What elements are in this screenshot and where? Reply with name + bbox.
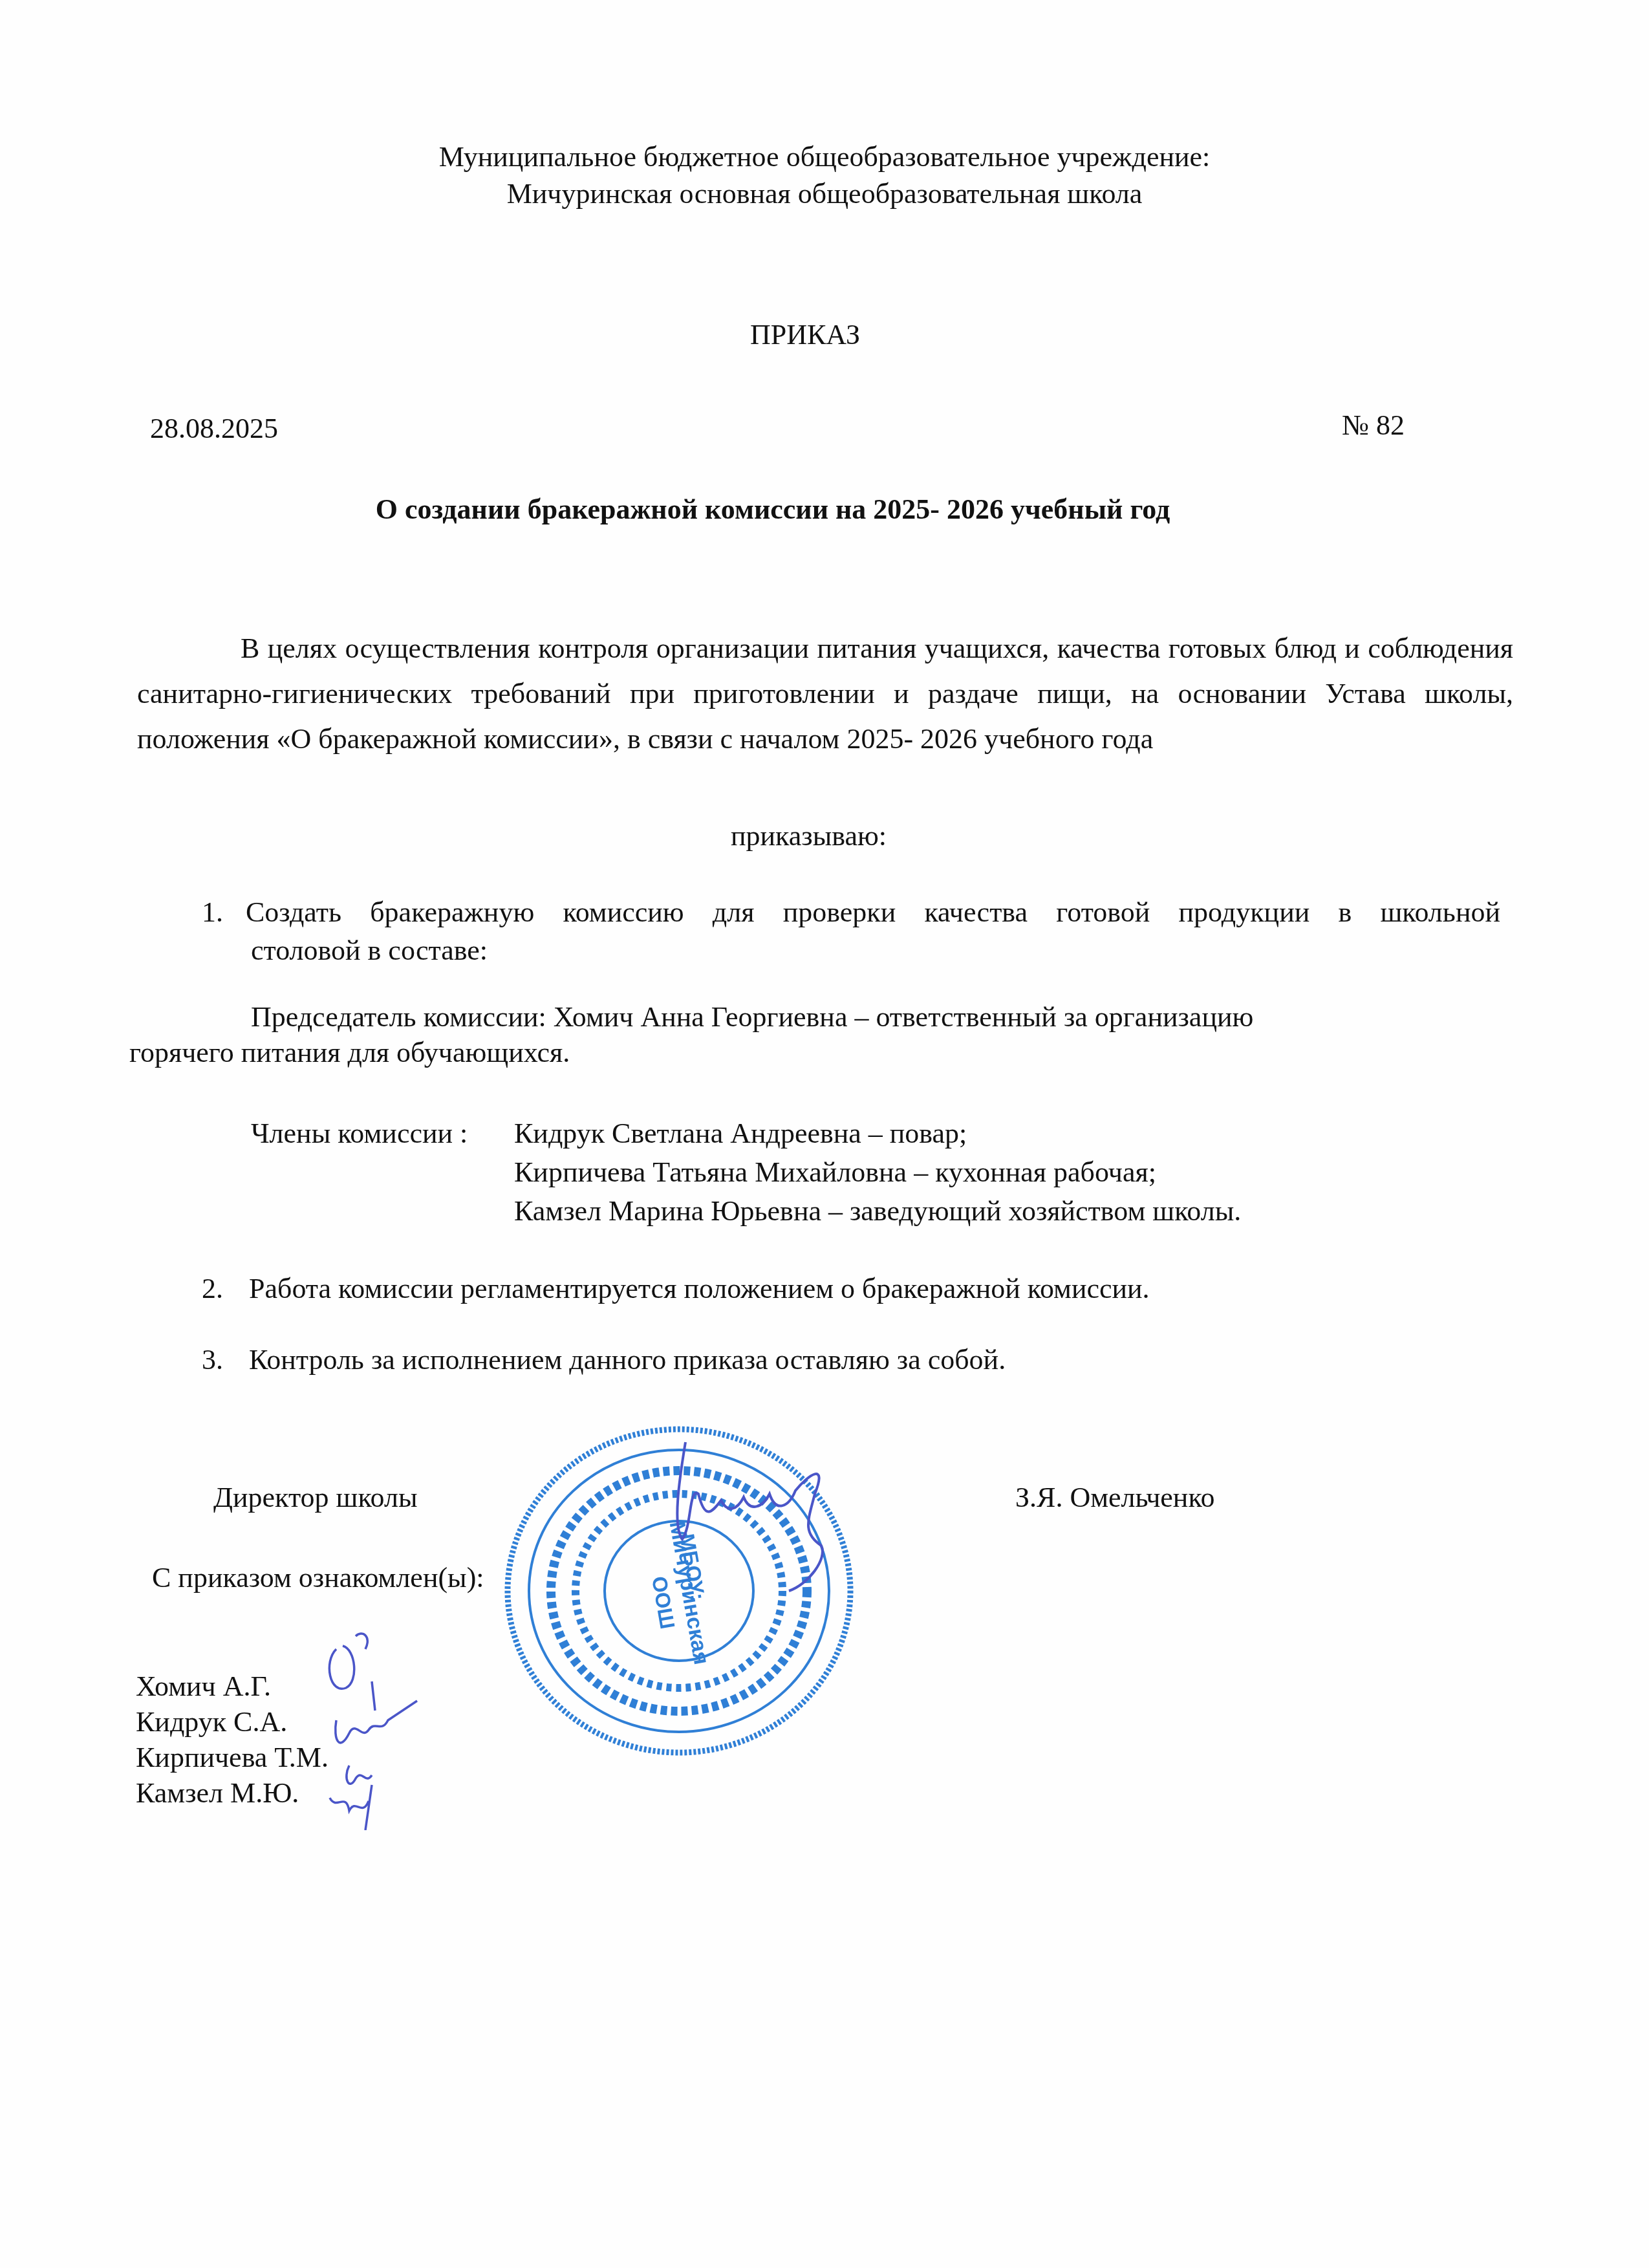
- member-2: Кирпичева Татьяна Михайловна – кухонная …: [514, 1154, 1156, 1191]
- order-title: О создании бракеражной комиссии на 2025-…: [0, 491, 1597, 528]
- item-2-number: 2.: [202, 1271, 223, 1307]
- acknowledged-name-1: Хомич А.Г.: [136, 1669, 271, 1705]
- order-date: 28.08.2025: [150, 411, 278, 447]
- item-1-line-2: столовой в составе:: [251, 933, 488, 969]
- item-3-text: Контроль за исполнением данного приказа …: [249, 1342, 1006, 1378]
- acknowledged-label: С приказом ознакомлен(ы):: [152, 1560, 484, 1596]
- item-2-text: Работа комиссии регламентируется положен…: [249, 1271, 1150, 1307]
- acknowledged-name-2: Кидрук С.А.: [136, 1704, 287, 1740]
- chairman-line-1: Председатель комиссии: Хомич Анна Георги…: [251, 999, 1253, 1035]
- director-signature-icon: [660, 1429, 879, 1597]
- item-3-number: 3.: [202, 1342, 223, 1378]
- members-label: Члены комиссии :: [251, 1116, 468, 1152]
- member-1: Кидрук Светлана Андреевна – повар;: [514, 1116, 967, 1152]
- document-page: Муниципальное бюджетное общеобразователь…: [0, 0, 1649, 2268]
- doc-type: ПРИКАЗ: [750, 317, 860, 353]
- order-word: приказываю:: [731, 818, 887, 854]
- acknowledgement-signatures-icon: [310, 1623, 453, 1830]
- preamble: В целях осуществления контроля организац…: [137, 626, 1513, 762]
- order-number: № 82: [1342, 407, 1405, 444]
- member-3: Камзел Марина Юрьевна – заведующий хозяй…: [514, 1193, 1241, 1229]
- director-position: Директор школы: [213, 1480, 418, 1516]
- director-name: З.Я. Омельченко: [1015, 1480, 1215, 1516]
- acknowledged-name-4: Камзел М.Ю.: [136, 1775, 299, 1811]
- chairman-line-2: горячего питания для обучающихся.: [129, 1035, 570, 1071]
- item-1-number: 1.: [202, 894, 223, 931]
- org-line-1: Муниципальное бюджетное общеобразователь…: [0, 139, 1649, 175]
- acknowledged-name-3: Кирпичева Т.М.: [136, 1740, 329, 1776]
- org-line-2: Мичуринская основная общеобразовательная…: [0, 176, 1649, 212]
